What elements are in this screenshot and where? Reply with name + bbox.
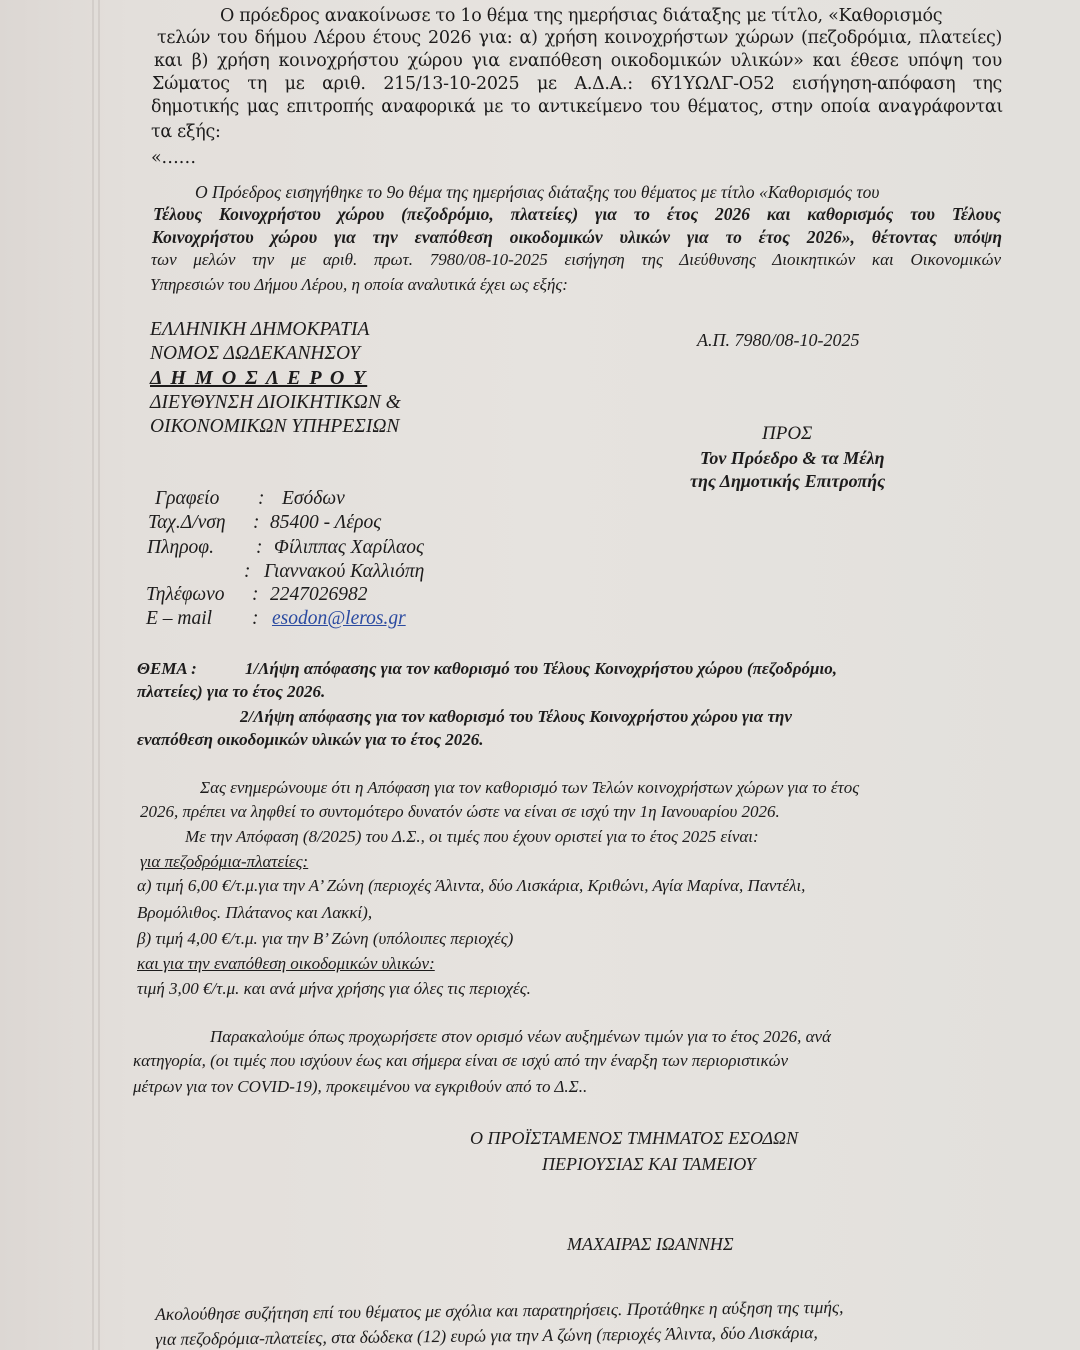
subject-item: πλατείες) για το έτος 2026. bbox=[137, 680, 325, 704]
body-paragraph: κατηγορία, (οι τιμές που ισχύουν έως και… bbox=[133, 1049, 788, 1073]
subject-item: εναπόθεση οικοδομικών υλικών για το έτος… bbox=[137, 728, 484, 752]
proposal-line: των μελών την με αριθ. πρωτ. 7980/08-10-… bbox=[151, 248, 1001, 272]
paper-fold-shadow bbox=[92, 0, 94, 1350]
contact-separator: : bbox=[252, 583, 259, 607]
letterhead-prefecture: ΝΟΜΟΣ ΔΩΔΕΚΑΝΗΣΟΥ bbox=[150, 342, 360, 366]
proposal-line: Ο Πρόεδρος εισηγήθηκε το 9ο θέμα της ημε… bbox=[195, 180, 1000, 204]
email-link[interactable]: esodon@leros.gr bbox=[272, 607, 406, 631]
recipient-label: ΠΡΟΣ bbox=[762, 422, 812, 446]
materials-heading: και για την εναπόθεση οικοδομικών υλικών… bbox=[137, 952, 435, 976]
letterhead-country: ΕΛΛΗΝΙΚΗ ΔΗΜΟΚΡΑΤΙΑ bbox=[150, 318, 369, 342]
proposal-line: Τέλους Κοινοχρήστου χώρου (πεζοδρόμιο, π… bbox=[153, 202, 1001, 226]
recipient-line: Τον Πρόεδρο & τα Μέλη bbox=[700, 446, 884, 470]
subject-item: 1/Λήψη απόφασης για τον καθορισμό του Τέ… bbox=[245, 657, 837, 681]
intro-line: τελών του δήμου Λέρου έτους 2026 για: α)… bbox=[157, 26, 1002, 50]
intro-line: τα εξής: bbox=[151, 120, 221, 144]
zone-b-price: β) τιμή 4,00 €/τ.μ. για την Β’ Ζώνη (υπό… bbox=[137, 927, 513, 951]
contact-separator: : bbox=[252, 607, 259, 631]
contact-value: 2247026982 bbox=[270, 583, 368, 607]
contact-value: 85400 - Λέρος bbox=[270, 511, 381, 535]
contact-separator: : bbox=[258, 487, 265, 511]
contact-label: E – mail bbox=[146, 607, 212, 631]
body-paragraph: Παρακαλούμε όπως προχωρήσετε στον ορισμό… bbox=[210, 1025, 831, 1049]
body-paragraph: 2026, πρέπει να ληφθεί το συντομότερο δυ… bbox=[140, 800, 780, 824]
contact-label: Γραφείο bbox=[155, 487, 219, 511]
subject-label: ΘΕΜΑ : bbox=[137, 657, 197, 681]
signature-title: Ο ΠΡΟΪΣΤΑΜΕΝΟΣ ΤΜΗΜΑΤΟΣ ΕΣΟΔΩΝ bbox=[470, 1126, 798, 1150]
proposal-line: Υπηρεσιών του Δήμου Λέρου, η οποία αναλυ… bbox=[150, 273, 568, 297]
signature-title: ΠΕΡΙΟΥΣΙΑΣ ΚΑΙ ΤΑΜΕΙΟΥ bbox=[542, 1152, 756, 1176]
intro-line: Σώματος τη με αριθ. 215/13-10-2025 με Α.… bbox=[152, 72, 1002, 96]
contact-value: Εσόδων bbox=[282, 487, 345, 511]
subject-item: 2/Λήψη απόφασης για τον καθορισμό του Τέ… bbox=[240, 705, 792, 729]
signature-name: ΜΑΧΑΙΡΑΣ ΙΩΑΝΝΗΣ bbox=[567, 1232, 734, 1256]
letterhead-directorate: ΔΙΕΥΘΥΝΣΗ ΔΙΟΙΚΗΤΙΚΩΝ & bbox=[150, 391, 401, 415]
intro-line: και β) χρήση κοινοχρήστου χώρου για εναπ… bbox=[154, 49, 1002, 73]
intro-line: «…… bbox=[151, 146, 196, 170]
contact-label: Τηλέφωνο bbox=[146, 583, 225, 607]
contact-label: Ταχ.Δ/νση bbox=[148, 511, 226, 535]
recipient-line: της Δημοτικής Επιτροπής bbox=[690, 469, 885, 493]
contact-separator: : bbox=[256, 536, 263, 560]
materials-price: τιμή 3,00 €/τ.μ. και ανά μήνα χρήσης για… bbox=[137, 977, 531, 1001]
body-paragraph: μέτρων για τον COVID-19), προκειμένου να… bbox=[133, 1075, 587, 1099]
contact-separator: : bbox=[244, 560, 251, 584]
body-paragraph: Σας ενημερώνουμε ότι η Απόφαση για τον κ… bbox=[200, 776, 859, 800]
zone-a-price: α) τιμή 6,00 €/τ.μ.για την Α’ Ζώνη (περι… bbox=[137, 874, 805, 898]
body-paragraph: Με την Απόφαση (8/2025) του Δ.Σ., οι τιμ… bbox=[185, 825, 759, 849]
contact-separator: : bbox=[253, 511, 260, 535]
document-page: Ο πρόεδρος ανακοίνωσε το 1ο θέμα της ημε… bbox=[0, 0, 1080, 1350]
letterhead-directorate: ΟΙΚΟΝΟΜΙΚΩΝ ΥΠΗΡΕΣΙΩΝ bbox=[150, 415, 399, 439]
sidewalks-heading: για πεζοδρόμια-πλατείες: bbox=[140, 850, 308, 874]
paper-fold-shadow bbox=[98, 0, 100, 1350]
contact-label: Πληροφ. bbox=[147, 536, 214, 560]
intro-line: Ο πρόεδρος ανακοίνωσε το 1ο θέμα της ημε… bbox=[220, 4, 1000, 28]
contact-value: Φίλιππας Χαρίλαος bbox=[274, 536, 424, 560]
protocol-number: Α.Π. 7980/08-10-2025 bbox=[697, 328, 859, 352]
proposal-line: Κοινοχρήστου χώρου για την εναπόθεση οικ… bbox=[152, 225, 1002, 249]
intro-line: δημοτικής μας επιτροπής αναφορικά με το … bbox=[151, 95, 1003, 119]
zone-a-price: Βρομόλιθος. Πλάτανος και Λακκί), bbox=[137, 901, 372, 925]
letterhead-municipality: Δ Η Μ Ο Σ Λ Ε Ρ Ο Υ bbox=[150, 366, 367, 390]
contact-value: Γιαννακού Καλλιόπη bbox=[264, 560, 424, 584]
